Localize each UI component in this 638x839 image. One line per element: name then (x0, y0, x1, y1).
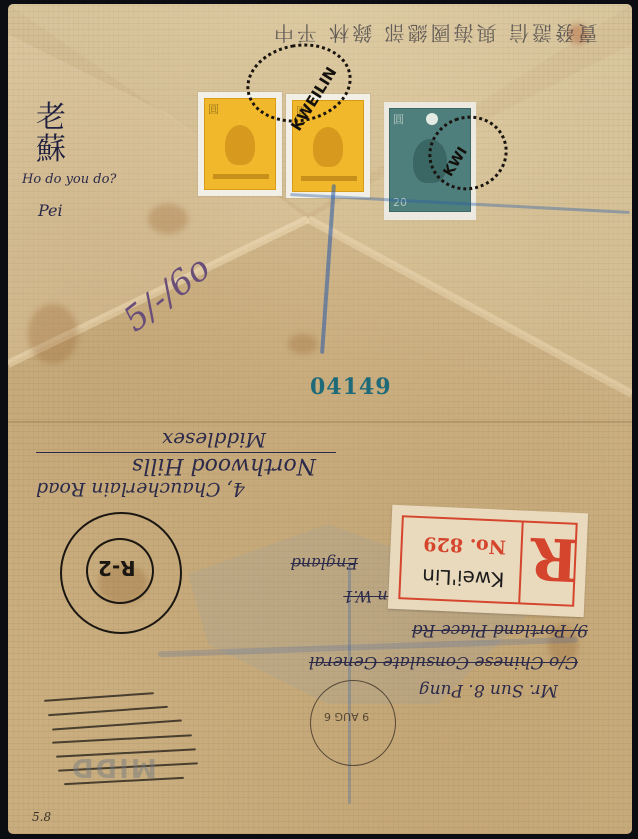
registration-letter: R (529, 529, 580, 589)
stamp-text-bar (301, 176, 357, 181)
address-new-line3: Northwood Hills (36, 453, 336, 478)
stamp-denomination-glyph: 圓 (208, 101, 219, 117)
registration-town: Kwei'Lin (413, 564, 514, 592)
serial-number: 04149 (310, 374, 392, 400)
stain (288, 334, 318, 354)
stamp-text-bar (213, 174, 269, 179)
stamp-denomination-glyph: 圓 (393, 111, 404, 127)
registration-label-frame: No. 829 Kwei'Lin R (398, 515, 577, 607)
address-new-line2: 4, Chaucherlain Road (36, 478, 336, 500)
registration-number: No. 829 (414, 532, 515, 558)
top-chinese-text: 賣發證信 與海國總部 錄林 平中 (148, 20, 598, 49)
address-new-line4: Middlesex (36, 428, 336, 453)
left-note: 老蘇 Ho do you do? Pei (36, 102, 116, 220)
stain (148, 204, 188, 234)
portrait-icon (225, 125, 255, 165)
left-note-greeting: Ho do you do? (22, 172, 116, 187)
left-note-chinese: 老蘇 (36, 102, 76, 166)
stain (28, 304, 78, 364)
left-note-signature: Pei (38, 201, 116, 220)
registration-label-divider (518, 522, 523, 602)
corner-note: 5.8 (32, 810, 51, 824)
address-new: 4, Chaucherlain Road Northwood Hills Mid… (36, 428, 336, 500)
arrival-postmark-date: 9 AUG 6 (324, 710, 369, 723)
portrait-icon (313, 127, 343, 167)
address-old-line1: C/o Chinese Consulate General (148, 652, 588, 672)
blue-crayon-vertical (320, 184, 336, 354)
envelope-reverse: 賣發證信 與海國總部 錄林 平中 老蘇 Ho do you do? Pei 圓 … (8, 4, 632, 834)
receiving-mark-text: R-2 (98, 556, 136, 580)
sun-emblem-icon (426, 113, 438, 125)
registration-label: No. 829 Kwei'Lin R (388, 505, 588, 617)
pencil-notation: 5/-/6o (116, 248, 218, 340)
arrival-postmark-ring (310, 680, 396, 766)
machine-cancel-text: MIDD (70, 752, 157, 782)
address-old-line2: 9/ Portland Place Rd (148, 620, 588, 640)
